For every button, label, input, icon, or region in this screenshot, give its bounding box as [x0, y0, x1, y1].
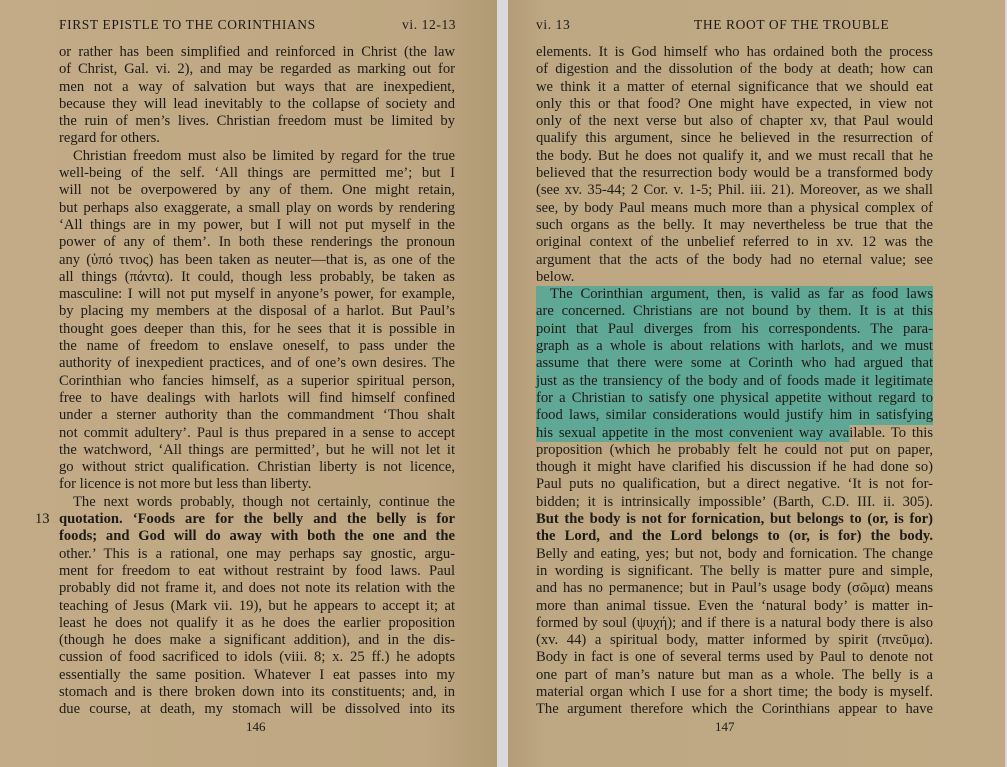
- text-line: the body. But he does not qualify it, an…: [536, 148, 933, 165]
- text-line: Christian freedom must also be limited b…: [59, 148, 455, 165]
- text-line: or rather has been simplified and reinfo…: [59, 44, 455, 61]
- text-line: (though he does make a significant addit…: [59, 632, 455, 649]
- text-line: only of the next verse but also of chapt…: [536, 113, 933, 130]
- text-line: stomach and is there broken down into it…: [59, 684, 455, 701]
- text-line: The next words probably, though not cert…: [59, 494, 455, 511]
- text-line: foods; and God will do away with both th…: [59, 528, 455, 545]
- text-line: other.’ This is a rational, one may perh…: [59, 546, 455, 563]
- text-line: proposition (which he probably felt he c…: [536, 442, 933, 459]
- text-line: we think it a matter of eternal signific…: [536, 79, 933, 96]
- text-line: masculine: I will not put myself in anyo…: [59, 286, 455, 303]
- text-line: bidden; it is intrinsically impossible’ …: [536, 494, 933, 511]
- text-line: and has no permanence; but in Paul’s usa…: [536, 580, 933, 597]
- text-line: will not be overpowered by any of them. …: [59, 182, 455, 199]
- text-line: original context of the unbelief referre…: [536, 234, 933, 251]
- text-line-partially-highlighted[interactable]: his sexual appetite in the most convenie…: [536, 425, 933, 442]
- text-line: (xv. 44) a spiritual body, matter inform…: [536, 632, 933, 649]
- text-line: But the body is not for fornication, but…: [536, 511, 933, 528]
- text-line: material organ which I use for a short t…: [536, 684, 933, 701]
- verse-marker: 13: [35, 511, 50, 528]
- text-line: essentially the same position. Whatever …: [59, 667, 455, 684]
- text-line: any (ὑπό τινος) has been taken as neuter…: [59, 252, 455, 269]
- text-line: in wording is significant. The belly is …: [536, 563, 933, 580]
- right-page: vi. 13 THE ROOT OF THE TROUBLE elements.…: [508, 0, 1005, 767]
- text-line: ‘All things are in my power, but I will …: [59, 217, 455, 234]
- highlighted-line[interactable]: food laws, similar considerations would …: [536, 407, 933, 424]
- text-line: because they will lead inevitably to the…: [59, 96, 455, 113]
- highlighted-line[interactable]: just as the transiency of the body and o…: [536, 373, 933, 390]
- text-line: Body in fact is one of several terms use…: [536, 649, 933, 666]
- text-line: formed by soul (ψυχή); and if there is a…: [536, 615, 933, 632]
- text-line: but perhaps also exaggerate, a small pla…: [59, 200, 455, 217]
- running-title: THE ROOT OF THE TROUBLE: [694, 17, 889, 33]
- text-line: ment for freedom to eat without restrain…: [59, 563, 455, 580]
- text-line: see, by body Paul means much more than a…: [536, 200, 933, 217]
- text-line: not commit adultery’. Paul is thus prepa…: [59, 425, 455, 442]
- text-line: elements. It is God himself who has orda…: [536, 44, 933, 61]
- text-line: free to have dealings with harlots will …: [59, 390, 455, 407]
- page-body-text: elements. It is God himself who has orda…: [536, 44, 933, 719]
- text-line: (see xv. 35-44; 2 Cor. v. 1-5; Phil. iii…: [536, 182, 933, 199]
- text-line: of digestion and the dissolution of the …: [536, 61, 933, 78]
- highlighted-line[interactable]: graph as a whole is about relations with…: [536, 338, 933, 355]
- text-line: all things (πάντα). It could, though les…: [59, 269, 455, 286]
- text-line: the ruin of men’s lives. Christian freed…: [59, 113, 455, 130]
- text-line: power of any of them’. In both these ren…: [59, 234, 455, 251]
- text-line: qualify this argument, since he believed…: [536, 130, 933, 147]
- text-line: go without strict qualification. Christi…: [59, 459, 455, 476]
- text-line: Paul puts no qualification, but a direct…: [536, 476, 933, 493]
- text-line: probably did not frame it, and does not …: [59, 580, 455, 597]
- text-line: argument that the acts of the body had n…: [536, 252, 933, 269]
- text-line: men not a way of salvation but ways that…: [59, 79, 455, 96]
- text-line: teaching of Jesus (Mark vii. 19), but he…: [59, 598, 455, 615]
- text-line: due course, at death, my stomach will be…: [59, 701, 455, 718]
- highlighted-line[interactable]: assume that there were some at Corinth w…: [536, 355, 933, 372]
- page-number: 147: [715, 719, 735, 735]
- page-number: 146: [246, 719, 266, 735]
- text-line: the name of freedom to enslave oneself, …: [59, 338, 455, 355]
- highlighted-line[interactable]: are concerned. Christians are not bound …: [536, 303, 933, 320]
- text-line: well-being of the self. ‘All things are …: [59, 165, 455, 182]
- highlighted-line[interactable]: for a Christian to satisfy one physical …: [536, 390, 933, 407]
- text-line: believed that the resurrection body woul…: [536, 165, 933, 182]
- text-line: for licence is not more but less than li…: [59, 476, 455, 493]
- text-line: Corinthian who fancies himself, as a sup…: [59, 373, 455, 390]
- text-line: more than animal tissue. Even the ‘natur…: [536, 598, 933, 615]
- text-line: Belly and eating, yes; but not, body and…: [536, 546, 933, 563]
- text-line: thought goes deeper than this, for he se…: [59, 321, 455, 338]
- text-line: quotation. ‘Foods are for the belly and …: [59, 511, 455, 528]
- text-line: authority of inexpedient practices, and …: [59, 355, 455, 372]
- text-line: below.: [536, 269, 933, 286]
- text-line: under a sterner authority than the comma…: [59, 407, 455, 424]
- running-title: FIRST EPISTLE TO THE CORINTHIANS: [59, 17, 316, 33]
- chapter-verse-ref: vi. 12-13: [402, 17, 456, 33]
- text-line: one part of man’s nature but man as a wh…: [536, 667, 933, 684]
- text-line: the watchword, ‘All things are permitted…: [59, 442, 455, 459]
- text-line: such organs as the belly. It may neverth…: [536, 217, 933, 234]
- text-line: regard for others.: [59, 130, 455, 147]
- text-line: though it might have clarified his discu…: [536, 459, 933, 476]
- text-line: by placing my members at the disposal of…: [59, 303, 455, 320]
- text-line: cussion of food sacrificed to idols (vii…: [59, 649, 455, 666]
- left-page: FIRST EPISTLE TO THE CORINTHIANS vi. 12-…: [0, 0, 497, 767]
- highlighted-line[interactable]: point that Paul diverges from his corres…: [536, 321, 933, 338]
- text-line: least he does not qualify it as he does …: [59, 615, 455, 632]
- text-line: of Christ, Gal. vi. 2), and may be regar…: [59, 61, 455, 78]
- text-line: the Lord, and the Lord belongs to (or, i…: [536, 528, 933, 545]
- text-line: The argument therefore which the Corinth…: [536, 701, 933, 718]
- highlighted-line[interactable]: The Corinthian argument, then, is valid …: [536, 286, 933, 303]
- chapter-verse-ref: vi. 13: [536, 17, 570, 33]
- page-body-text: or rather has been simplified and reinfo…: [59, 44, 455, 719]
- text-line: only this or that food? One might have e…: [536, 96, 933, 113]
